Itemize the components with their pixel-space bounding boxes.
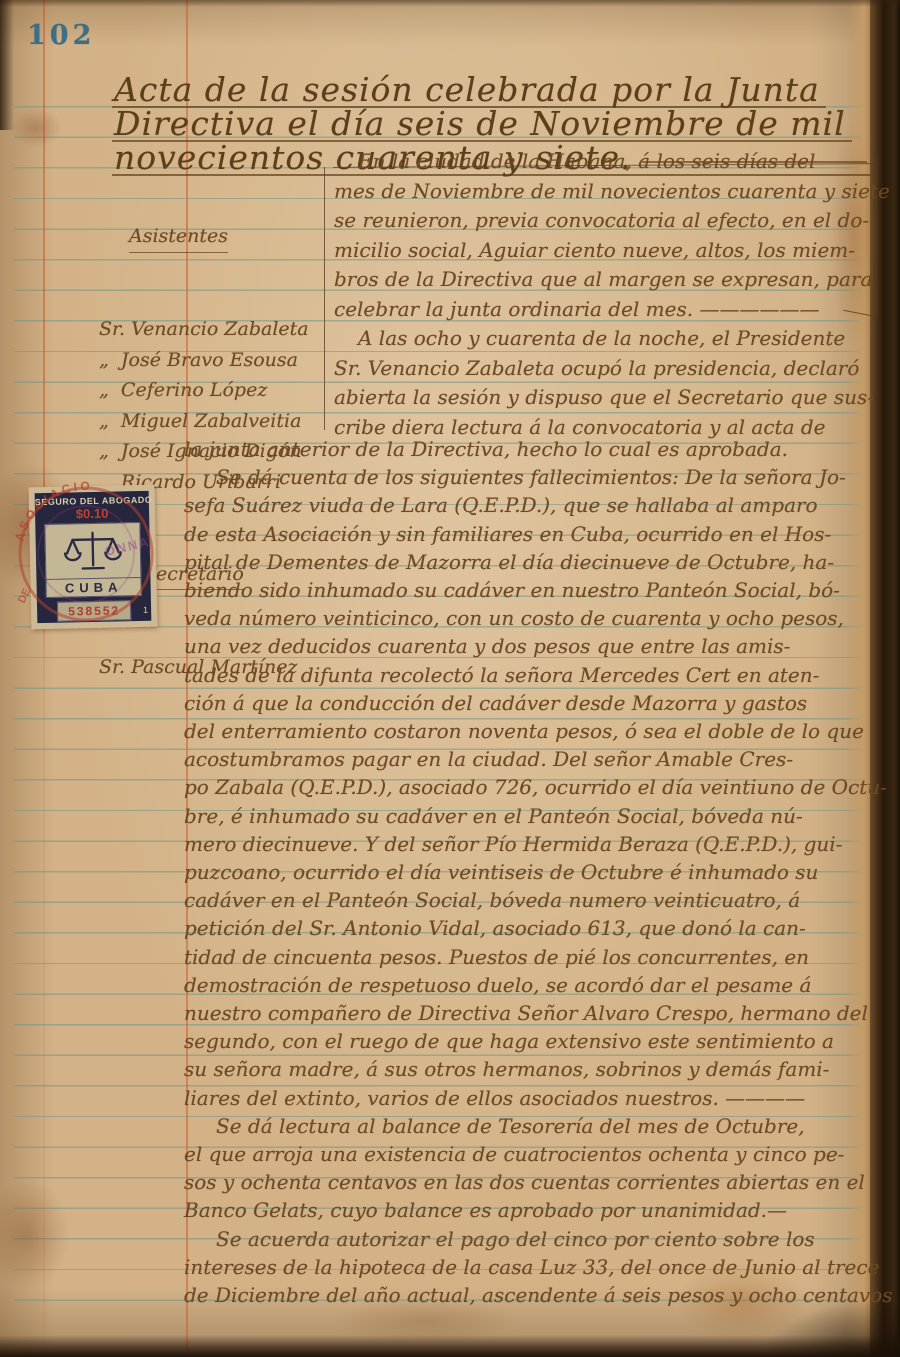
revenue-stamp-design: SEGURO DEL ABOGADO $0.10 CUBA 538552 1 [35, 491, 152, 623]
handwritten-line: po Zabala (Q.E.P.D.), asociado 726, ocur… [184, 773, 878, 801]
handwritten-line: Sr. Venancio Zabaleta ocupó la presidenc… [334, 354, 880, 384]
handwritten-line: mes de Noviembre de mil novecientos cuar… [334, 177, 880, 207]
attendee-name: „ Miguel Zabalveitia [99, 406, 323, 437]
column-divider-line [324, 167, 325, 430]
handwritten-line: la junta anterior de la Directiva, hecho… [184, 435, 878, 463]
handwritten-line: segundo, con el ruego de que haga extens… [184, 1027, 878, 1055]
stamp-country: CUBA [45, 578, 141, 598]
handwritten-line: cadáver en el Panteón Social, bóveda num… [184, 886, 878, 914]
handwritten-line: intereses de la hipoteca de la casa Luz … [184, 1253, 878, 1281]
attendees-heading: Asistentes [129, 221, 228, 253]
handwritten-line: micilio social, Aguiar ciento nueve, alt… [334, 236, 880, 266]
stamp-plate-number: 1 [143, 605, 148, 615]
handwritten-line: abierta la sesión y dispuso que el Secre… [334, 383, 880, 413]
stamp-serial-band: 538552 1 [37, 596, 151, 623]
attendee-name: „ Ceferino López [99, 375, 323, 406]
scales-of-justice-icon [63, 527, 122, 574]
handwritten-line: bre, é inhumado su cadáver en el Panteón… [184, 802, 878, 830]
stamp-denomination: $0.10 [35, 505, 149, 522]
handwritten-line: puzcoano, ocurrido el día veintiseis de … [184, 858, 878, 886]
title-line: Directiva el día seis de Noviembre de mi… [112, 108, 852, 142]
stamp-serial-number: 538552 [68, 603, 120, 618]
minutes-body-full-width: la junta anterior de la Directiva, hecho… [184, 435, 878, 1309]
handwritten-line: biendo sido inhumado su cadáver en nuest… [184, 576, 878, 604]
revenue-stamp: SEGURO DEL ABOGADO $0.10 CUBA 538552 1 [29, 485, 158, 630]
page-number: 102 [27, 20, 95, 51]
margin-rule-left [43, 0, 45, 1357]
handwritten-line: sefa Suárez viuda de Lara (Q.E.P.D.), qu… [184, 491, 878, 519]
handwritten-line: pital de Dementes de Mazorra el día diec… [184, 548, 878, 576]
handwritten-line: una vez deducidos cuarenta y dos pesos q… [184, 632, 878, 660]
handwritten-line: nuestro compañero de Directiva Señor Alv… [184, 999, 878, 1027]
handwritten-line: Se dá cuenta de los siguientes fallecimi… [184, 463, 878, 491]
handwritten-line: el que arroja una existencia de cuatroci… [184, 1140, 878, 1168]
handwritten-line: En la ciudad de la Habana, á los seis dí… [334, 147, 880, 177]
handwritten-line: tidad de cincuenta pesos. Puestos de pié… [184, 943, 878, 971]
handwritten-line: de esta Asociación y sin familiares en C… [184, 520, 878, 548]
handwritten-line: Se dá lectura al balance de Tesorería de… [184, 1112, 878, 1140]
handwritten-line: acostumbramos pagar en la ciudad. Del se… [184, 745, 878, 773]
handwritten-line: del enterramiento costaron noventa pesos… [184, 717, 878, 745]
attendee-name: Sr. Venancio Zabaleta [99, 314, 323, 345]
handwritten-line: demostración de respetuoso duelo, se aco… [184, 971, 878, 999]
handwritten-line: A las ocho y cuarenta de la noche, el Pr… [334, 324, 880, 354]
handwritten-line: liares del extinto, varios de ellos asoc… [184, 1084, 878, 1112]
handwritten-line: se reunieron, previa convocatoria al efe… [334, 206, 880, 236]
handwritten-line: tades de la difunta recolectó la señora … [184, 661, 878, 689]
handwritten-line: Se acuerda autorizar el pago del cinco p… [184, 1225, 878, 1253]
attendee-name: „ José Bravo Esousa [99, 345, 323, 376]
handwritten-line: veda número veinticinco, con un costo de… [184, 604, 878, 632]
stamp-vignette [44, 522, 141, 580]
handwritten-line: ción á que la conducción del cadáver des… [184, 689, 878, 717]
handwritten-line: de Diciembre del año actual, ascendente … [184, 1281, 878, 1309]
stamp-serial-panel: 538552 [57, 600, 131, 622]
handwritten-line: sos y ochenta centavos en las dos cuenta… [184, 1168, 878, 1196]
page-edge-left [0, 0, 14, 130]
handwritten-line: mero diecinueve. Y del señor Pío Hermida… [184, 830, 878, 858]
handwritten-line: Banco Gelats, cuyo balance es aprobado p… [184, 1196, 878, 1224]
handwritten-line: celebrar la junta ordinaria del mes. ———… [334, 295, 880, 325]
handwritten-line: bros de la Directiva que al margen se ex… [334, 265, 880, 295]
handwritten-line: petición del Sr. Antonio Vidal, asociado… [184, 914, 878, 942]
ledger-page: 102 Acta de la sesión celebrada por la J… [0, 0, 900, 1357]
handwritten-line: su señora madre, á sus otros hermanos, s… [184, 1055, 878, 1083]
page-edge-top [0, 0, 900, 7]
minutes-body-column: En la ciudad de la Habana, á los seis dí… [334, 147, 880, 442]
title-line: Acta de la sesión celebrada por la Junta [112, 74, 826, 108]
